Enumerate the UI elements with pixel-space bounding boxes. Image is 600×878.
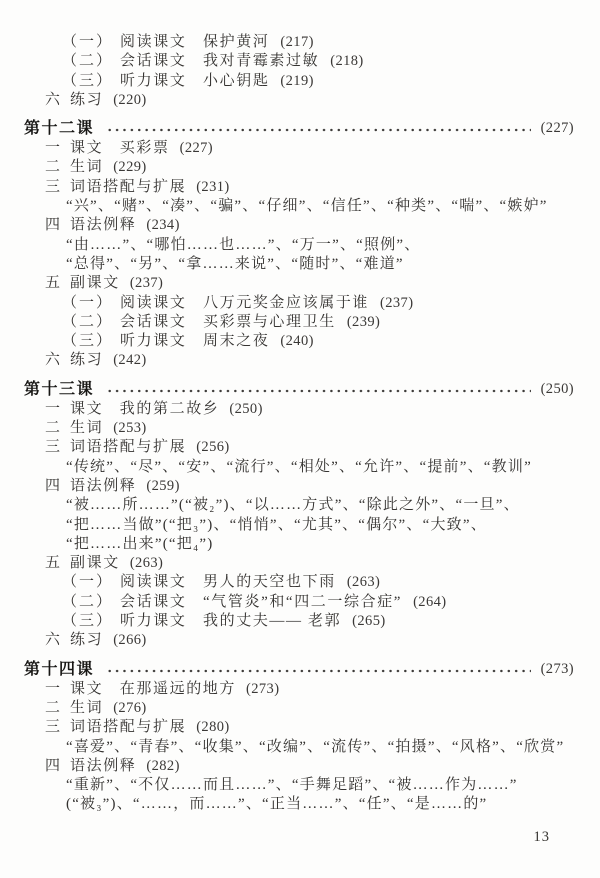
entry-page-number: (250): [229, 401, 262, 417]
entry-page-number: (240): [280, 333, 313, 349]
entry-marker: （三）: [62, 73, 113, 89]
word-list-row: “重新”、“不仅……而且……”、“手舞足蹈”、“被……作为……”: [24, 776, 574, 795]
entry-page-number: (237): [130, 275, 163, 291]
entry-text: 会话课文 我对青霉素过敏: [120, 53, 319, 69]
entry-marker: （一）: [62, 34, 113, 50]
chapter-title: 第十二课: [24, 118, 94, 139]
entry-page-number: (229): [113, 159, 146, 175]
word-list-text: “重新”、“不仅……而且……”、“手舞足蹈”、“被……作为……”: [66, 777, 518, 793]
toc-entry-row: （三）听力课文 周末之夜(240): [24, 332, 574, 351]
toc-entry-row: （二）会话课文 买彩票与心理卫生(239): [24, 313, 574, 332]
entry-text: 听力课文 周末之夜: [120, 333, 269, 349]
entry-marker: （一）: [62, 295, 113, 311]
entry-marker: （二）: [62, 53, 113, 69]
entry-page-number: (253): [113, 420, 146, 436]
dot-leader: [106, 665, 531, 677]
chapter-section: 第十二课(227)一课文 买彩票(227)二生词(229)三词语搭配与扩展(23…: [24, 118, 574, 371]
entry-text: 会话课文 “气管炎”和“四二一综合症”: [120, 594, 402, 610]
entry-text: 练习: [70, 352, 103, 368]
chapters-section: 第十二课(227)一课文 买彩票(227)二生词(229)三词语搭配与扩展(23…: [24, 118, 574, 815]
entry-marker: 四: [45, 757, 70, 776]
word-list-row: “把……出来”(“把₄”): [24, 535, 574, 554]
chapter-heading-row: 第十三课(250): [24, 379, 574, 400]
toc-entry-row: （三）听力课文 我的丈夫—— 老郭(265): [24, 612, 574, 631]
entry-marker: 六: [45, 631, 70, 650]
entry-page-number: (264): [413, 594, 446, 610]
entry-marker: 四: [45, 477, 70, 496]
word-list-row: “喜爱”、“青春”、“收集”、“改编”、“流传”、“拍摄”、“风格”、“欣赏”: [24, 738, 574, 757]
word-list-text: “由……”、“哪怕……也……”、“万一”、“照例”、: [66, 237, 420, 253]
entry-text: 词语搭配与扩展: [70, 179, 186, 195]
entry-text: 生词: [70, 700, 103, 716]
entry-text: 生词: [70, 420, 103, 436]
entry-marker: 二: [45, 419, 70, 438]
toc-entry-row: 五副课文(263): [24, 554, 574, 573]
entry-text: 会话课文 买彩票与心理卫生: [120, 314, 336, 330]
chapter-section: 第十三课(250)一课文 我的第二故乡(250)二生词(253)三词语搭配与扩展…: [24, 379, 574, 651]
entry-text: 语法例释: [70, 217, 136, 233]
toc-entry-row: （三）听力课文 小心钥匙(219): [24, 72, 574, 91]
entry-page-number: (231): [196, 179, 229, 195]
chapter-heading-row: 第十四课(273): [24, 659, 574, 680]
word-list-text: “传统”、“尽”、“安”、“流行”、“相处”、“允许”、“提前”、“教训”: [66, 459, 532, 475]
toc-entry-row: 三词语搭配与扩展(256): [24, 438, 574, 457]
entry-page-number: (263): [347, 574, 380, 590]
dot-leader: [106, 385, 531, 397]
toc-entry-row: 六练习(242): [24, 351, 574, 370]
chapter-title: 第十三课: [24, 379, 94, 400]
entry-marker: （一）: [62, 574, 113, 590]
toc-entry-row: 六练习(266): [24, 631, 574, 650]
entry-page-number: (266): [113, 632, 146, 648]
toc-entry-row: （二）会话课文 “气管炎”和“四二一综合症”(264): [24, 593, 574, 612]
toc-entry-row: （二）会话课文 我对青霉素过敏(218): [24, 52, 574, 71]
entry-page-number: (220): [113, 92, 146, 108]
entry-marker: 一: [45, 680, 70, 699]
chapter-section: 第十四课(273)一课文 在那遥远的地方(273)二生词(276)三词语搭配与扩…: [24, 659, 574, 815]
entry-marker: 五: [45, 274, 70, 293]
entry-marker: 四: [45, 216, 70, 235]
toc-entry-row: 五副课文(237): [24, 274, 574, 293]
entry-marker: （二）: [62, 314, 113, 330]
entry-marker: 二: [45, 158, 70, 177]
chapter-page-number: (227): [541, 118, 574, 139]
entry-text: 练习: [70, 92, 103, 108]
entry-page-number: (242): [113, 352, 146, 368]
chapter-page-number: (250): [541, 379, 574, 400]
entry-text: 阅读课文 男人的天空也下雨: [120, 574, 336, 590]
toc-entry-row: 三词语搭配与扩展(231): [24, 178, 574, 197]
entry-marker: 三: [45, 438, 70, 457]
entry-page-number: (237): [380, 295, 413, 311]
toc-entry-row: （一）阅读课文 男人的天空也下雨(263): [24, 573, 574, 592]
entry-page-number: (273): [246, 681, 279, 697]
entry-page-number: (234): [146, 217, 179, 233]
dot-leader: [106, 124, 531, 136]
toc-entry-row: （一）阅读课文 八万元奖金应该属于谁(237): [24, 294, 574, 313]
word-list-row: “传统”、“尽”、“安”、“流行”、“相处”、“允许”、“提前”、“教训”: [24, 458, 574, 477]
word-list-text: “兴”、“赌”、“凑”、“骗”、“仔细”、“信任”、“种类”、“喘”、“嫉妒”: [66, 198, 548, 214]
word-list-text: “喜爱”、“青春”、“收集”、“改编”、“流传”、“拍摄”、“风格”、“欣赏”: [66, 739, 564, 755]
entry-page-number: (227): [180, 140, 213, 156]
entry-page-number: (265): [352, 613, 385, 629]
entry-page-number: (217): [280, 34, 313, 50]
entry-marker: 五: [45, 554, 70, 573]
entry-text: 语法例释: [70, 478, 136, 494]
entry-page-number: (280): [196, 719, 229, 735]
toc-entry-row: （一）阅读课文 保护黄河(217): [24, 33, 574, 52]
word-list-row: “被……所……”(“被₂”)、“以……方式”、“除此之外”、“一旦”、: [24, 496, 574, 515]
intro-section: （一）阅读课文 保护黄河(217)（二）会话课文 我对青霉素过敏(218)（三）…: [24, 33, 574, 110]
toc-entry-row: 二生词(253): [24, 419, 574, 438]
entry-text: 练习: [70, 632, 103, 648]
entry-text: 阅读课文 保护黄河: [120, 34, 269, 50]
toc-entry-row: 二生词(229): [24, 158, 574, 177]
entry-marker: 二: [45, 699, 70, 718]
toc-content: （一）阅读课文 保护黄河(217)（二）会话课文 我对青霉素过敏(218)（三）…: [24, 33, 574, 815]
entry-page-number: (276): [113, 700, 146, 716]
word-list-row: “兴”、“赌”、“凑”、“骗”、“仔细”、“信任”、“种类”、“喘”、“嫉妒”: [24, 197, 574, 216]
entry-marker: 一: [45, 400, 70, 419]
entry-marker: 六: [45, 351, 70, 370]
toc-entry-row: 四语法例释(259): [24, 477, 574, 496]
entry-marker: 三: [45, 718, 70, 737]
entry-marker: 一: [45, 139, 70, 158]
entry-text: 课文 在那遥远的地方: [70, 681, 236, 697]
entry-page-number: (259): [146, 478, 179, 494]
toc-entry-row: 一课文 在那遥远的地方(273): [24, 680, 574, 699]
entry-text: 生词: [70, 159, 103, 175]
toc-entry-row: 四语法例释(282): [24, 757, 574, 776]
entry-page-number: (282): [146, 758, 179, 774]
entry-text: 副课文: [70, 555, 120, 571]
entry-page-number: (256): [196, 439, 229, 455]
entry-text: 词语搭配与扩展: [70, 719, 186, 735]
entry-text: 阅读课文 八万元奖金应该属于谁: [120, 295, 369, 311]
toc-entry-row: 三词语搭配与扩展(280): [24, 718, 574, 737]
word-list-row: “由……”、“哪怕……也……”、“万一”、“照例”、: [24, 236, 574, 255]
toc-entry-row: 四语法例释(234): [24, 216, 574, 235]
entry-marker: 三: [45, 178, 70, 197]
word-list-text: “把……出来”(“把₄”): [66, 536, 213, 552]
entry-marker: （三）: [62, 333, 113, 349]
entry-text: 语法例释: [70, 758, 136, 774]
entry-text: 词语搭配与扩展: [70, 439, 186, 455]
word-list-text: “总得”、“另”、“拿……来说”、“随时”、“难道”: [66, 256, 404, 272]
toc-entry-row: 二生词(276): [24, 699, 574, 718]
word-list-text: “把……当做”(“把₃”)、“悄悄”、“尤其”、“偶尔”、“大致”、: [66, 517, 487, 533]
word-list-text: “被……所……”(“被₂”)、“以……方式”、“除此之外”、“一旦”、: [66, 497, 520, 513]
entry-text: 听力课文 我的丈夫—— 老郭: [120, 613, 341, 629]
entry-marker: （二）: [62, 594, 113, 610]
entry-page-number: (218): [330, 53, 363, 69]
entry-text: 课文 买彩票: [70, 140, 170, 156]
toc-entry-row: 一课文 我的第二故乡(250): [24, 400, 574, 419]
word-list-text: (“被₃”)、“……，而……”、“正当……”、“任”、“是……的”: [66, 796, 487, 812]
word-list-row: (“被₃”)、“……，而……”、“正当……”、“任”、“是……的”: [24, 795, 574, 814]
chapter-title: 第十四课: [24, 659, 94, 680]
entry-marker: （三）: [62, 613, 113, 629]
folio-page-number: 13: [534, 829, 551, 846]
chapter-page-number: (273): [541, 659, 574, 680]
entry-marker: 六: [45, 91, 70, 110]
chapter-heading-row: 第十二课(227): [24, 118, 574, 139]
word-list-row: “把……当做”(“把₃”)、“悄悄”、“尤其”、“偶尔”、“大致”、: [24, 516, 574, 535]
entry-page-number: (263): [130, 555, 163, 571]
toc-entry-row: 一课文 买彩票(227): [24, 139, 574, 158]
entry-page-number: (219): [280, 73, 313, 89]
entry-text: 副课文: [70, 275, 120, 291]
entry-text: 听力课文 小心钥匙: [120, 73, 269, 89]
entry-text: 课文 我的第二故乡: [70, 401, 219, 417]
word-list-row: “总得”、“另”、“拿……来说”、“随时”、“难道”: [24, 255, 574, 274]
entry-page-number: (239): [347, 314, 380, 330]
toc-entry-row: 六练习(220): [24, 91, 574, 110]
toc-page: （一）阅读课文 保护黄河(217)（二）会话课文 我对青霉素过敏(218)（三）…: [0, 0, 600, 878]
